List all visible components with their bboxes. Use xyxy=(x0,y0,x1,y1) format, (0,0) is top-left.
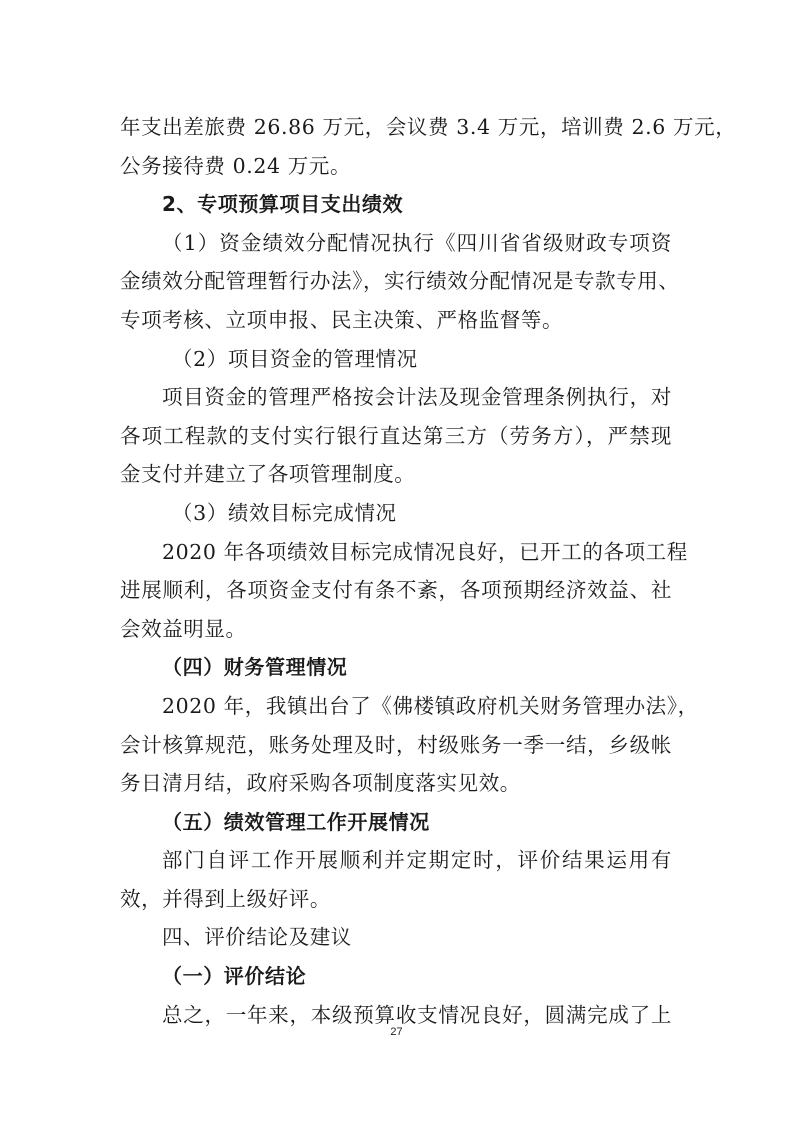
paragraph-line: 进展顺利，各项资金支付有条不紊，各项预期经济效益、社 xyxy=(120,571,672,610)
paragraph-line: 2020 年，我镇出台了《佛楼镇政府机关财务管理办法》， xyxy=(120,687,672,726)
paragraph-line: （1）资金绩效分配情况执行《四川省省级财政专项资 xyxy=(120,224,672,263)
paragraph-line: 务日清月结，政府采购各项制度落实见效。 xyxy=(120,764,672,803)
paragraph-line: 会计核算规范，账务处理及时，村级账务一季一结，乡级帐 xyxy=(120,726,672,765)
subheading: （2）项目资金的管理情况 xyxy=(120,340,672,379)
paragraph-line: 年支出差旅费 26.86 万元，会议费 3.4 万元，培训费 2.6 万元， xyxy=(120,108,672,147)
paragraph-line: 各项工程款的支付实行银行直达第三方（劳务方），严禁现 xyxy=(120,417,672,456)
subheading: （3）绩效目标完成情况 xyxy=(120,494,672,533)
section-heading: （五）绩效管理工作开展情况 xyxy=(120,803,672,842)
section-heading: （四）财务管理情况 xyxy=(120,648,672,687)
page-number: 27 xyxy=(0,1026,793,1038)
section-heading: （一）评价结论 xyxy=(120,957,672,996)
paragraph-line: 2020 年各项绩效目标完成情况良好，已开工的各项工程 xyxy=(120,533,672,572)
paragraph-line: 项目资金的管理严格按会计法及现金管理条例执行，对 xyxy=(120,378,672,417)
paragraph-line: 效，并得到上级好评。 xyxy=(120,880,672,919)
paragraph-line: 公务接待费 0.24 万元。 xyxy=(120,147,672,186)
paragraph-line: 金支付并建立了各项管理制度。 xyxy=(120,455,672,494)
document-page: 年支出差旅费 26.86 万元，会议费 3.4 万元，培训费 2.6 万元， 公… xyxy=(120,108,672,1034)
paragraph-line: 会效益明显。 xyxy=(120,610,672,649)
paragraph-line: 部门自评工作开展顺利并定期定时，评价结果运用有 xyxy=(120,841,672,880)
paragraph-line: 专项考核、立项申报、民主决策、严格监督等。 xyxy=(120,301,672,340)
section-heading: 2、专项预算项目支出绩效 xyxy=(120,185,672,224)
chapter-heading: 四、评价结论及建议 xyxy=(120,918,672,957)
paragraph-line: 金绩效分配管理暂行办法》，实行绩效分配情况是专款专用、 xyxy=(120,262,672,301)
